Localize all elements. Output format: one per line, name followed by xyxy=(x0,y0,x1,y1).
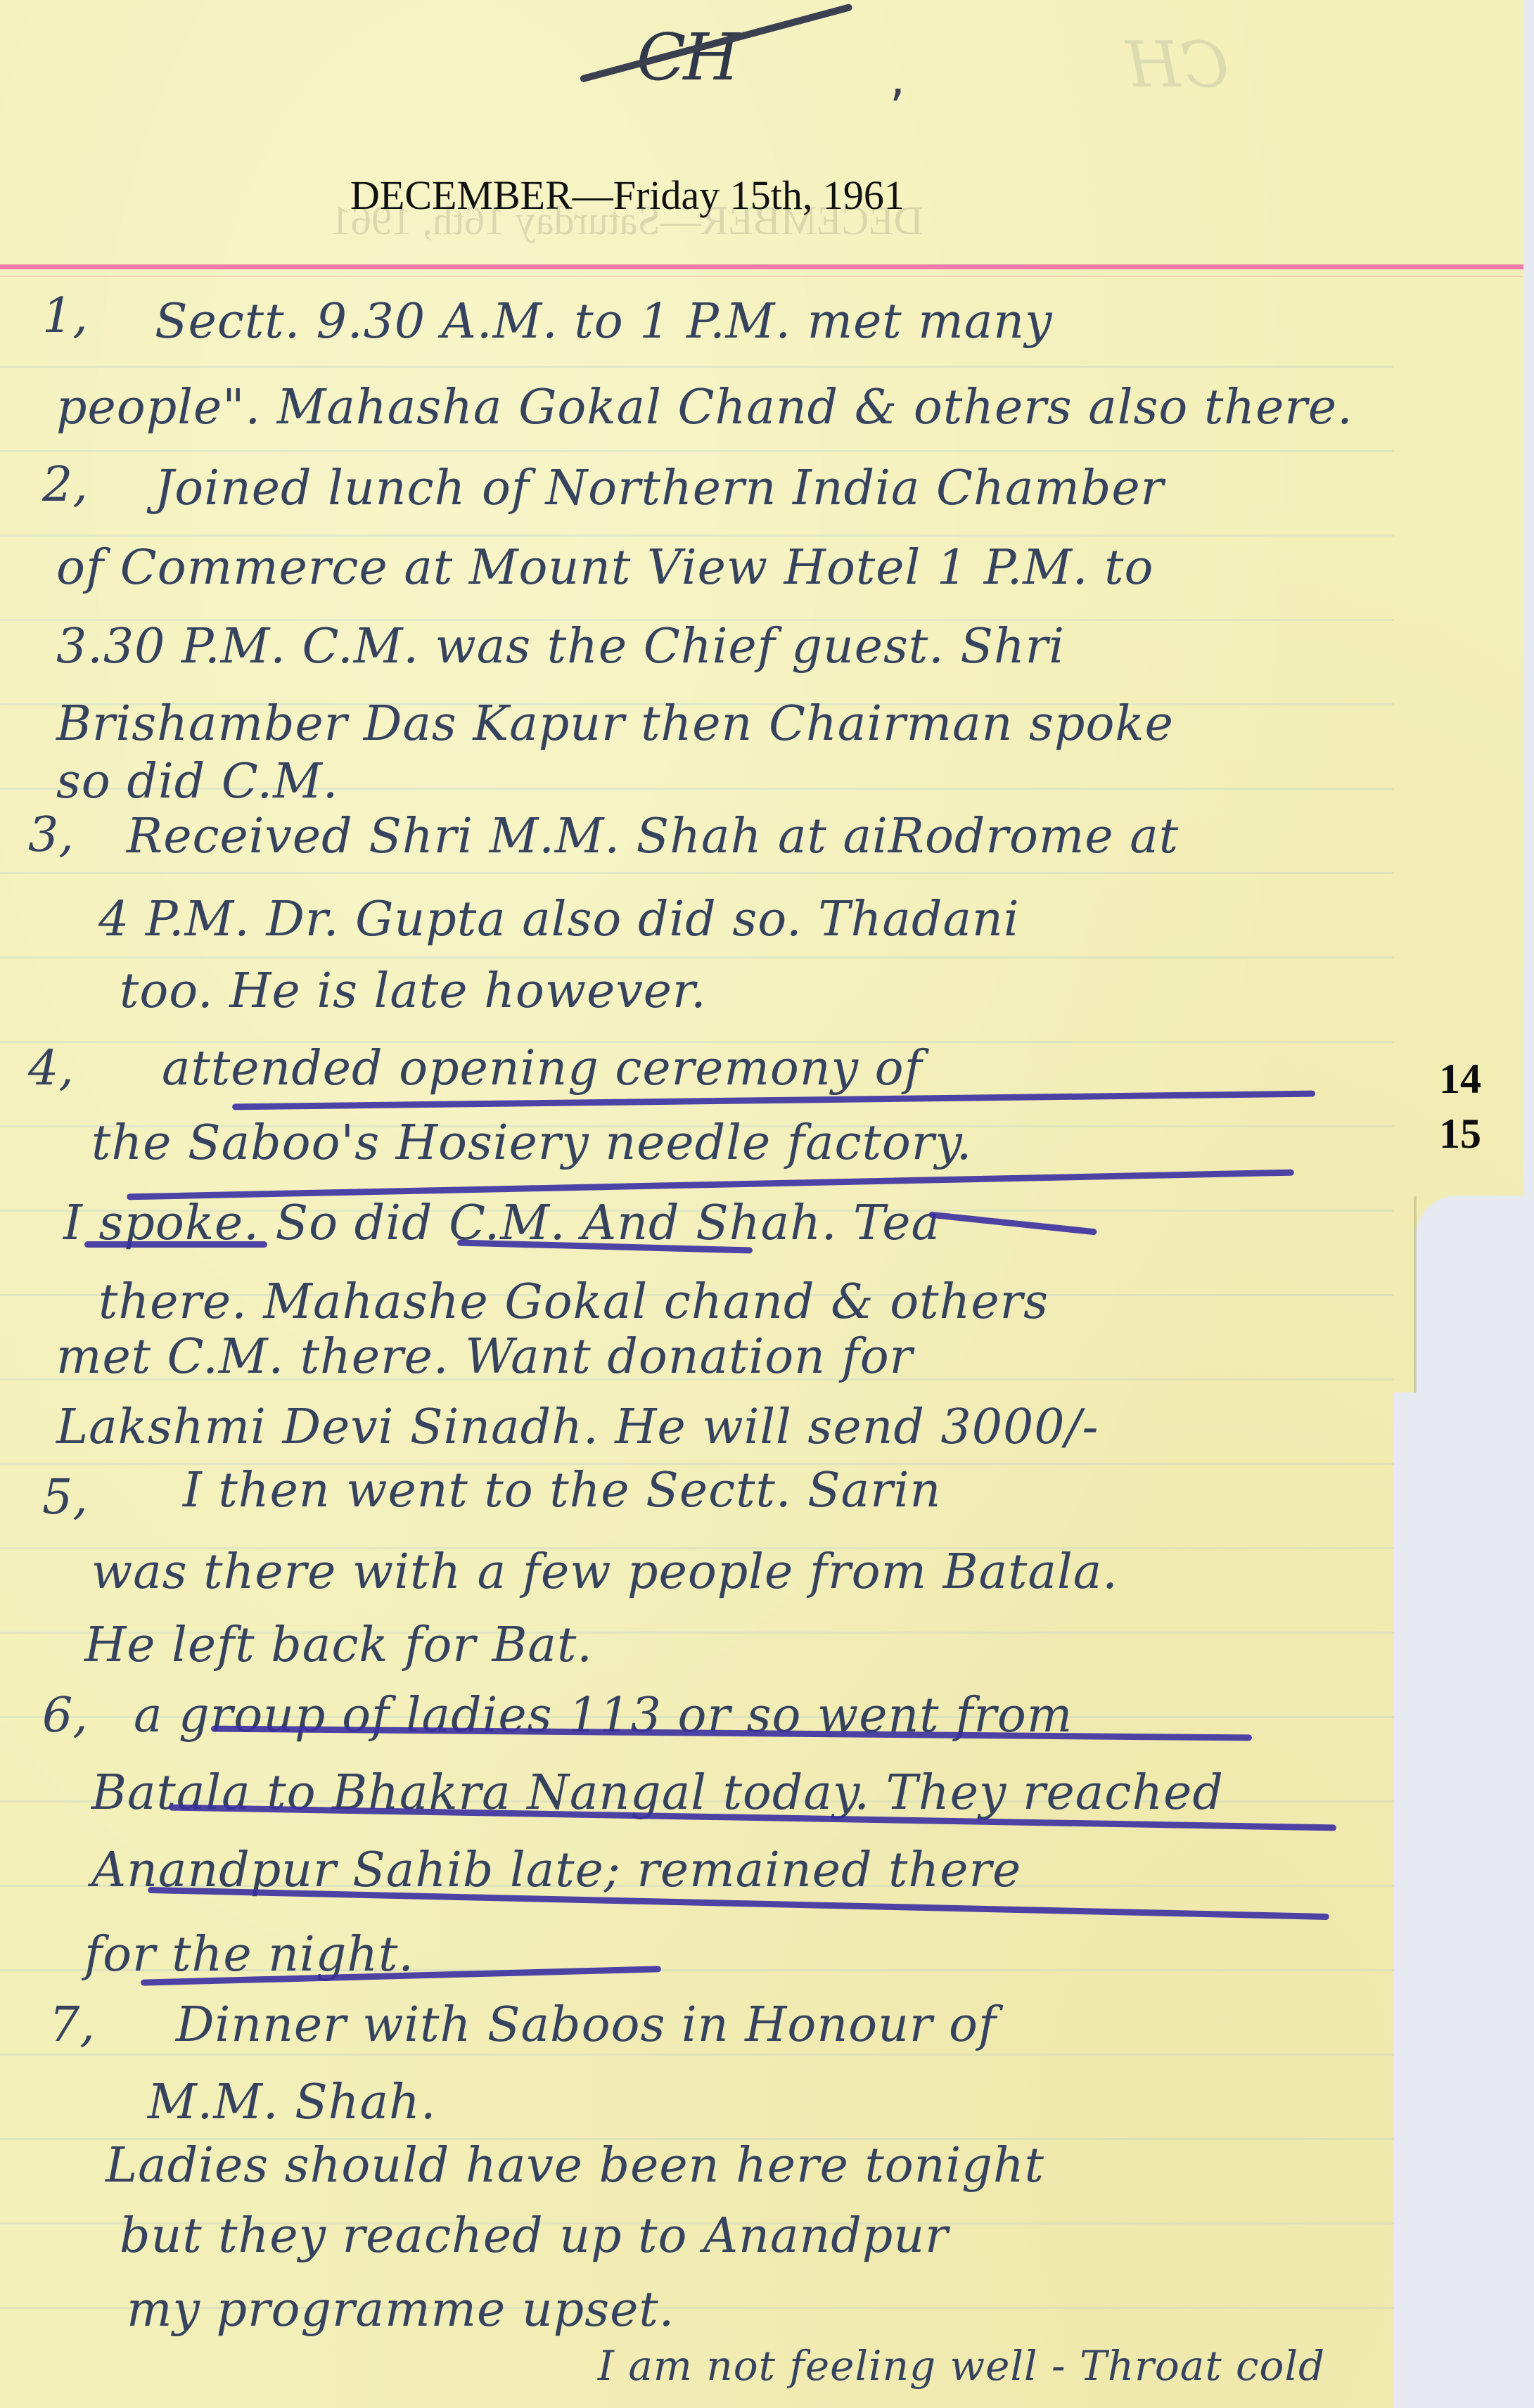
entry-number: 3, xyxy=(28,807,74,863)
entry-number: 5, xyxy=(42,1470,88,1525)
ruled-line xyxy=(0,2054,1394,2056)
entry-line: 3.30 P.M. C.M. was the Chief guest. Shri xyxy=(56,619,1065,674)
entry-line: Sectt. 9.30 A.M. to 1 P.M. met many xyxy=(155,294,1053,350)
entry-line: was there with a few people from Batala. xyxy=(91,1544,1118,1600)
date-header: DECEMBER—Friday 15th, 1961 xyxy=(350,172,905,219)
entry-line: my programme upset. xyxy=(127,2282,675,2338)
entry-line: there. Mahashe Gokal chand & others xyxy=(98,1274,1049,1330)
pink-header-rule xyxy=(0,264,1523,269)
entry-line: Brishamber Das Kapur then Chairman spoke xyxy=(56,696,1174,752)
entry-number: 1, xyxy=(42,288,88,344)
page-edge-background xyxy=(1394,1392,1534,2408)
entry-number: 7, xyxy=(49,1997,95,2053)
ruled-line xyxy=(0,366,1394,368)
entry-line: I then went to the Sectt. Sarin xyxy=(183,1463,941,1518)
entry-line: met C.M. there. Want donation for xyxy=(56,1329,913,1385)
entry-line: Joined lunch of Northern India Chamber xyxy=(155,461,1164,516)
entry-line: Lakshmi Devi Sinadh. He will send 3000/- xyxy=(56,1400,1099,1455)
pink-header-rule-faint xyxy=(0,276,1523,277)
tab-edge-shadow xyxy=(1414,1196,1417,1392)
entry-line: 4 P.M. Dr. Gupta also did so. Thadani xyxy=(98,892,1020,947)
entry-line: attended opening ceremony of xyxy=(162,1041,923,1096)
ruled-line xyxy=(0,450,1394,452)
ruled-line xyxy=(0,956,1394,959)
date-tab-index: 14 15 xyxy=(1439,1051,1481,1161)
ruled-line xyxy=(0,872,1394,874)
entry-line: but they reached up to Anandpur xyxy=(120,2208,949,2264)
entry-line: the Saboo's Hosiery needle factory. xyxy=(91,1115,972,1171)
entry-line: Received Shri M.M. Shah at aiRodrome at xyxy=(127,809,1179,864)
entry-line: Dinner with Saboos in Honour of xyxy=(176,1997,997,2053)
ruled-line xyxy=(0,534,1394,537)
entry-line: of Commerce at Mount View Hotel 1 P.M. t… xyxy=(56,540,1153,596)
entry-line: people". Mahasha Gokal Chand & others al… xyxy=(56,380,1353,435)
entry-line: too. He is late however. xyxy=(120,963,707,1019)
entry-line: M.M. Shah. xyxy=(148,2075,436,2130)
entry-line: so did C.M. xyxy=(56,754,338,809)
tab-index-current-day: 15 xyxy=(1439,1106,1481,1161)
entry-line: I am not feeling well - Throat cold xyxy=(598,2342,1325,2390)
entry-number: 2, xyxy=(42,457,88,513)
initials-mark: , xyxy=(890,49,905,107)
entry-number: 4, xyxy=(28,1041,74,1096)
entry-line: Ladies should have been here tonight xyxy=(106,2138,1044,2194)
entry-number: 6, xyxy=(42,1688,88,1743)
entry-line: He left back for Bat. xyxy=(84,1618,593,1673)
entry-underline xyxy=(84,1241,267,1248)
ghost-initials-bleedthrough: CH xyxy=(1125,28,1229,102)
tab-index-prev-day: 14 xyxy=(1439,1051,1481,1106)
